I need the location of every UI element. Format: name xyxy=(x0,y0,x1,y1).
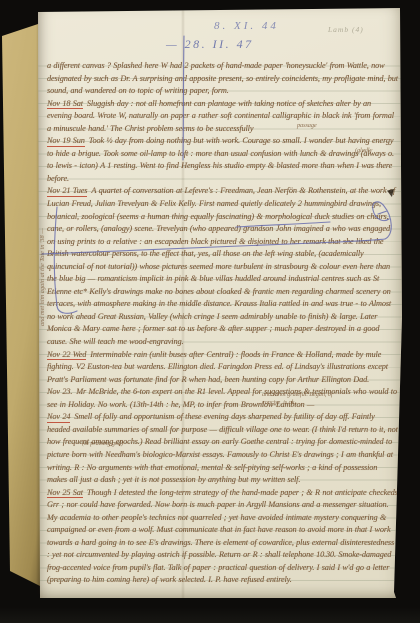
entry-text: Interminable rain (unlit buses after Cen… xyxy=(47,350,388,384)
diary-entry: Nov 23. Mr McBride, the 6-ton expert on … xyxy=(47,386,398,411)
entry-date: Nov 22 Wed xyxy=(47,350,86,361)
interlinear-note: and w'not grateful. Began, of xyxy=(262,391,333,398)
entry-text: Smell of folly and opportunism of these … xyxy=(47,412,398,484)
entry-date: Nov 25 Sat xyxy=(47,488,83,499)
diary-entry: Nov 22 Wed Interminable rain (unlit buse… xyxy=(47,349,398,387)
diary-entry: a different canvas ? Splashed here W had… xyxy=(47,60,398,98)
diary-entry: Nov 21 Tues A quartet of conversation at… xyxy=(47,185,398,348)
diary-entry: Nov 25 Sat Though I detested the long-te… xyxy=(47,487,398,587)
diary-entry: Nov 24 Smell of folly and opportunism of… xyxy=(47,411,398,486)
entry-date: Nov 23. xyxy=(47,387,72,396)
entry-text: Though I detested the long-term strategy… xyxy=(47,488,398,585)
entry-text: Took ½ day from doing nothing but with w… xyxy=(47,136,394,183)
entry-text: Sluggish day : not all homefront can pla… xyxy=(47,99,394,133)
entry-date: Nov 24 xyxy=(47,412,70,423)
table-shadow xyxy=(0,607,420,623)
notebook-photo: 8. XI. 44 — 28. II. 47 Lamb (4) a differ… xyxy=(0,0,420,623)
diary-entry: Nov 19 Sun Took ½ day from doing nothing… xyxy=(47,135,398,185)
interlinear-note: concise, is ok. xyxy=(262,399,296,406)
entry-text: Mr McBride, the 6-ton expert on the R1 l… xyxy=(47,387,397,409)
diary-entries: a different canvas ? Splashed here W had… xyxy=(47,60,398,587)
interlinear-note: (& praising god) xyxy=(82,440,123,447)
interlinear-note: passage xyxy=(297,122,317,129)
interlinear-note: (gladly xyxy=(355,147,372,154)
entry-date: Nov 19 Sun xyxy=(47,136,85,147)
flyleaf-date-start: 8. XI. 44 xyxy=(214,20,279,32)
entry-text: A quartet of conversation at Lefevre's :… xyxy=(47,186,395,346)
margin-note: and met him again at the Tate in '38 — xyxy=(39,176,46,326)
entry-date: Nov 18 Sat xyxy=(47,99,83,110)
entry-date: Nov 21 Tues xyxy=(47,186,87,197)
flyleaf-date-end: — 28. II. 47 xyxy=(166,37,254,52)
notebook-page: 8. XI. 44 — 28. II. 47 Lamb (4) a differ… xyxy=(38,8,402,598)
pencil-note: Lamb (4) xyxy=(328,25,364,34)
diary-entry: Nov 18 Sat Sluggish day : not all homefr… xyxy=(47,98,398,136)
entry-text: a different canvas ? Splashed here W had… xyxy=(47,61,398,95)
